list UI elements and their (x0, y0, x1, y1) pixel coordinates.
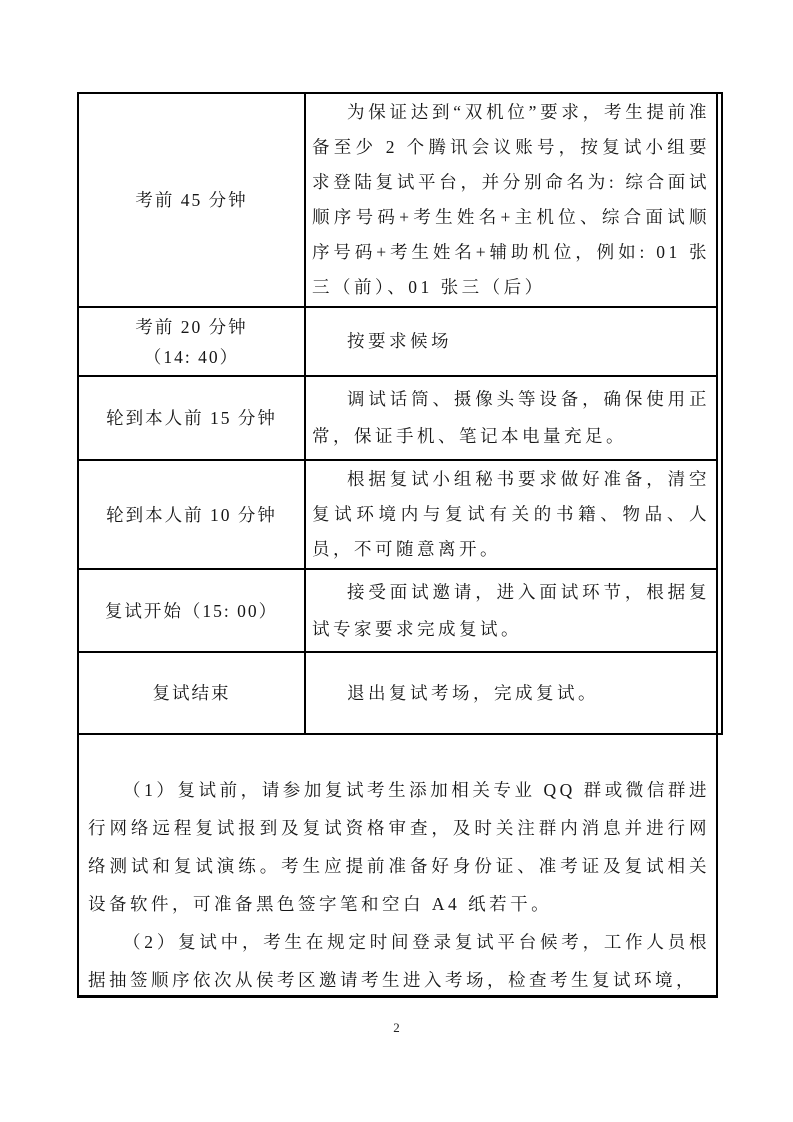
description-text: 接受面试邀请，进入面试环节，根据复试专家要求完成复试。 (312, 574, 710, 648)
time-text: 复试结束 (153, 678, 231, 708)
description-text: 调试话筒、摄像头等设备，确保使用正常，保证手机、笔记本电量充足。 (312, 381, 710, 455)
description-text: 根据复试小组秘书要求做好准备，清空复试环境内与复试有关的书籍、物品、人员，不可随… (312, 462, 710, 567)
schedule-table: 考前 45 分钟 为保证达到“双机位”要求，考生提前准备至少 2 个腾讯会议账号… (77, 92, 723, 735)
note-paragraph-2: （2）复试中，考生在规定时间登录复试平台候考，工作人员根据抽签顺序依次从侯考区邀… (88, 923, 710, 998)
time-text: （14: 40） (144, 342, 239, 372)
page-number: 2 (0, 1020, 793, 1036)
description-cell: 按要求候场 (306, 308, 716, 375)
table-row: 轮到本人前 10 分钟 根据复试小组秘书要求做好准备，清空复试环境内与复试有关的… (79, 461, 716, 570)
description-cell: 退出复试考场，完成复试。 (306, 653, 716, 733)
time-text: 考前 20 分钟 (135, 312, 247, 342)
notes-section: （1）复试前，请参加复试考生添加相关专业 QQ 群或微信群进行网络远程复试报到及… (77, 733, 718, 998)
time-text: 复试开始（15: 00） (105, 596, 278, 626)
time-text: 考前 45 分钟 (135, 185, 247, 215)
time-text: 轮到本人前 15 分钟 (106, 403, 277, 433)
document-page: 考前 45 分钟 为保证达到“双机位”要求，考生提前准备至少 2 个腾讯会议账号… (0, 0, 793, 1122)
table-row: 考前 45 分钟 为保证达到“双机位”要求，考生提前准备至少 2 个腾讯会议账号… (79, 94, 716, 308)
table-row: 复试开始（15: 00） 接受面试邀请，进入面试环节，根据复试专家要求完成复试。 (79, 570, 716, 653)
table-row: 复试结束 退出复试考场，完成复试。 (79, 653, 716, 733)
time-cell: 复试开始（15: 00） (79, 570, 306, 651)
description-text: 按要求候场 (312, 323, 710, 360)
description-cell: 调试话筒、摄像头等设备，确保使用正常，保证手机、笔记本电量充足。 (306, 377, 716, 459)
time-cell: 考前 20 分钟 （14: 40） (79, 308, 306, 375)
table-row: 轮到本人前 15 分钟 调试话筒、摄像头等设备，确保使用正常，保证手机、笔记本电… (79, 377, 716, 461)
description-text: 为保证达到“双机位”要求，考生提前准备至少 2 个腾讯会议账号，按复试小组要求登… (312, 95, 710, 305)
time-cell: 轮到本人前 15 分钟 (79, 377, 306, 459)
time-cell: 复试结束 (79, 653, 306, 733)
table-row: 考前 20 分钟 （14: 40） 按要求候场 (79, 308, 716, 377)
description-text: 退出复试考场，完成复试。 (312, 675, 710, 712)
time-cell: 考前 45 分钟 (79, 94, 306, 306)
note-paragraph-1: （1）复试前，请参加复试考生添加相关专业 QQ 群或微信群进行网络远程复试报到及… (88, 771, 710, 923)
schedule-table-rows: 考前 45 分钟 为保证达到“双机位”要求，考生提前准备至少 2 个腾讯会议账号… (79, 94, 718, 733)
time-text: 轮到本人前 10 分钟 (106, 500, 277, 530)
description-cell: 为保证达到“双机位”要求，考生提前准备至少 2 个腾讯会议账号，按复试小组要求登… (306, 94, 716, 306)
description-cell: 接受面试邀请，进入面试环节，根据复试专家要求完成复试。 (306, 570, 716, 651)
time-cell: 轮到本人前 10 分钟 (79, 461, 306, 568)
description-cell: 根据复试小组秘书要求做好准备，清空复试环境内与复试有关的书籍、物品、人员，不可随… (306, 461, 716, 568)
